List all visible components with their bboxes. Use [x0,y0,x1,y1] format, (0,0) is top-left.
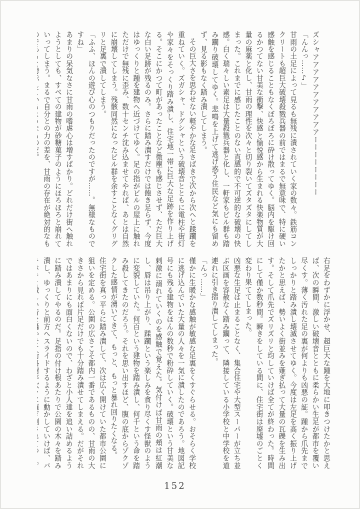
paragraph-narration: 住宅街を真っ平らに踏み潰して、次は広く開けていた都市公園に狙いを定める。公園の広… [37,257,107,469]
paragraph-sfx: ズシャアアアアアアアアアアアーーーーーーーー [309,31,320,247]
paragraph-narration: あまりの呆気なさに甘雨の嗜虐心は増すばかり。どれだけ街へ触れようとしても、すべて… [37,31,74,247]
paragraph-narration: その巨大さを思わせない軽やかな足さばきで次から次へと蹂躙を重ねていく。ズガシャ、… [96,31,197,247]
paragraph-narration: 右足をわずかに浮かせ、超巨大な踵を大地に叩きつけたかと思えば、次の瞬間、激しい破… [241,257,331,469]
paragraph-narration: 凶悪な生足は止まることなく、集合住宅や大型スーパーが立ち並ぶ区画を容赦なく踏み躙… [208,257,242,469]
book-page: ズシャアアアアアアアアアアアーーーーーーーー「んんっ……♪」甘雨の土足によって見… [0,0,360,509]
paragraph-blank [320,31,331,247]
paragraph-dialogue: 「んっ……」 [197,257,208,469]
paragraph-dialogue: 「んんっ……♪」 [298,31,309,247]
paragraph-narration: 甘雨の土足によって見るも無残に潰されていく家の数々。鉄筋コンクリートも超巨大破壊… [197,31,298,247]
page-number: 152 [1,482,349,492]
text-band-bottom: 右足をわずかに浮かせ、超巨大な踵を大地に叩きつけたかと思えば、次の瞬間、激しい破… [37,257,331,469]
paragraph-dialogue: 「ふふ、ほんの遊び心のつもりだったのですが……。無様なものですね」 [74,31,96,247]
text-band-top: ズシャアアアアアアアアアアアーーーーーーーー「んんっ……♪」甘雨の土足によって見… [37,31,331,247]
paragraph-narration: 僅かに生暖かな感触が敏感な足裏をくすぐらせる。おそらく学校に逃げ込んでいた大量の… [107,257,197,469]
